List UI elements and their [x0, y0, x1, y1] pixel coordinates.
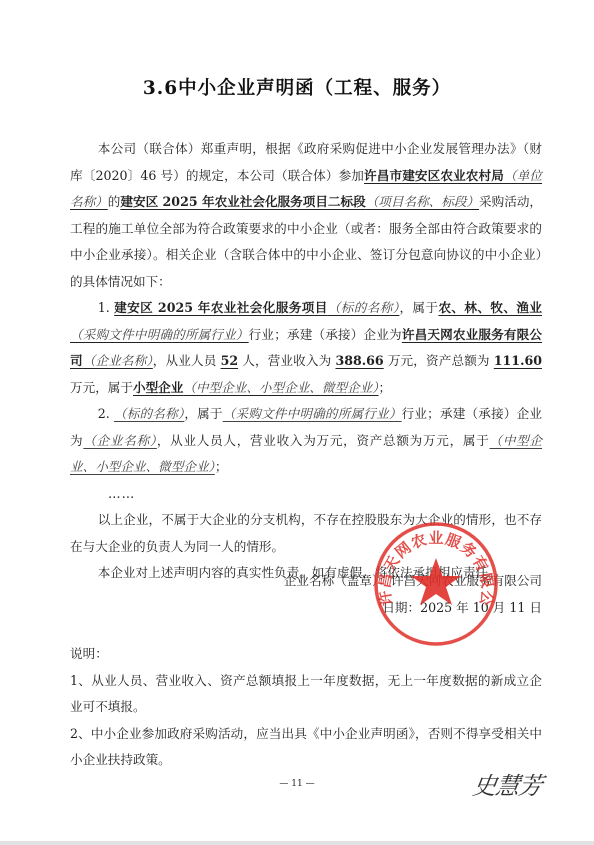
notes-section: 说明： 1、从业人员、营业收入、资产总额填报上一年度数据，无上一年度数据的新成立… [70, 641, 542, 774]
project-name: 建安区 2025 年农业社会化服务项目二标段 [120, 194, 365, 209]
staff-label: ，从业人员 [153, 353, 217, 368]
company-hint: （企业名称） [83, 353, 153, 368]
enterprise-item-1: 1. 建安区 2025 年农业社会化服务项目（标的名称），属于农、林、牧、渔业（… [70, 295, 542, 401]
assets-label: 万元，资产总额为 [388, 353, 490, 368]
item-number: 2. [98, 406, 110, 421]
size-label: 万元，属于 [70, 380, 133, 395]
subject-hint: （标的名称） [328, 300, 400, 315]
revenue-label: 人，营业收入为 [242, 353, 331, 368]
subject-name: 建安区 2025 年农业社会化服务项目 [114, 300, 328, 315]
enterprise-size: 小型企业 [133, 380, 183, 395]
industry-hint: （采购文件中明确的所属行业） [70, 327, 249, 342]
industry: 农、林、牧、渔业 [438, 300, 542, 315]
item-details: ，从业人员人，营业收入为万元，资产总额为万元，属于 [157, 433, 490, 448]
note-item-1: 1、从业人员、营业收入、资产总额填报上一年度数据，无上一年度数据的新成立企业可不… [70, 668, 542, 721]
subject-hint: （标的名称） [114, 406, 184, 421]
belongs-text: ，属于 [184, 406, 222, 421]
declaration-body: 本公司（联合体）郑重声明，根据《政府采购促进中小企业发展管理办法》（财库〔202… [70, 136, 542, 587]
note-item-2: 2、中小企业参加政府采购活动，应当出具《中小企业声明函》，否则不得享受相关中小企… [70, 721, 542, 774]
ellipsis: …… [70, 481, 542, 508]
belongs-text: ，属于 [399, 300, 438, 315]
item-number: 1. [98, 300, 110, 315]
staff-count: 52 [221, 353, 239, 368]
intro-paragraph: 本公司（联合体）郑重声明，根据《政府采购促进中小企业发展管理办法》（财库〔202… [70, 136, 542, 295]
notes-heading: 说明： [70, 641, 542, 668]
revenue-value: 388.66 [335, 353, 383, 368]
assets-value: 111.60 [494, 353, 542, 368]
item-end: ； [215, 459, 228, 474]
document-page: 3.6中小企业声明函（工程、服务） 本公司（联合体）郑重声明，根据《政府采购促进… [0, 0, 594, 841]
contractor-text: 行业；承建（承接）企业为 [249, 327, 402, 342]
company-hint: （企业名称） [83, 433, 157, 448]
page-title: 3.6中小企业声明函（工程、服务） [0, 74, 594, 100]
size-hint: （中型企业、小型企业、微型企业） [183, 380, 378, 395]
industry-hint: （采购文件中明确的所属行业） [223, 406, 402, 421]
project-hint: （项目名称、标段） [366, 194, 479, 209]
handwritten-signature: 史慧芳 [471, 766, 545, 801]
company-seal-stamp-icon: 许昌天网农业服务有限公司 [372, 520, 500, 648]
buyer-name: 许昌市建安区农业农村局 [364, 168, 504, 183]
enterprise-item-2: 2. （标的名称），属于（采购文件中明确的所属行业）行业；承建（承接）企业为（企… [70, 401, 542, 481]
intro-text-2: 的 [108, 194, 121, 209]
item-end: ； [379, 380, 392, 395]
